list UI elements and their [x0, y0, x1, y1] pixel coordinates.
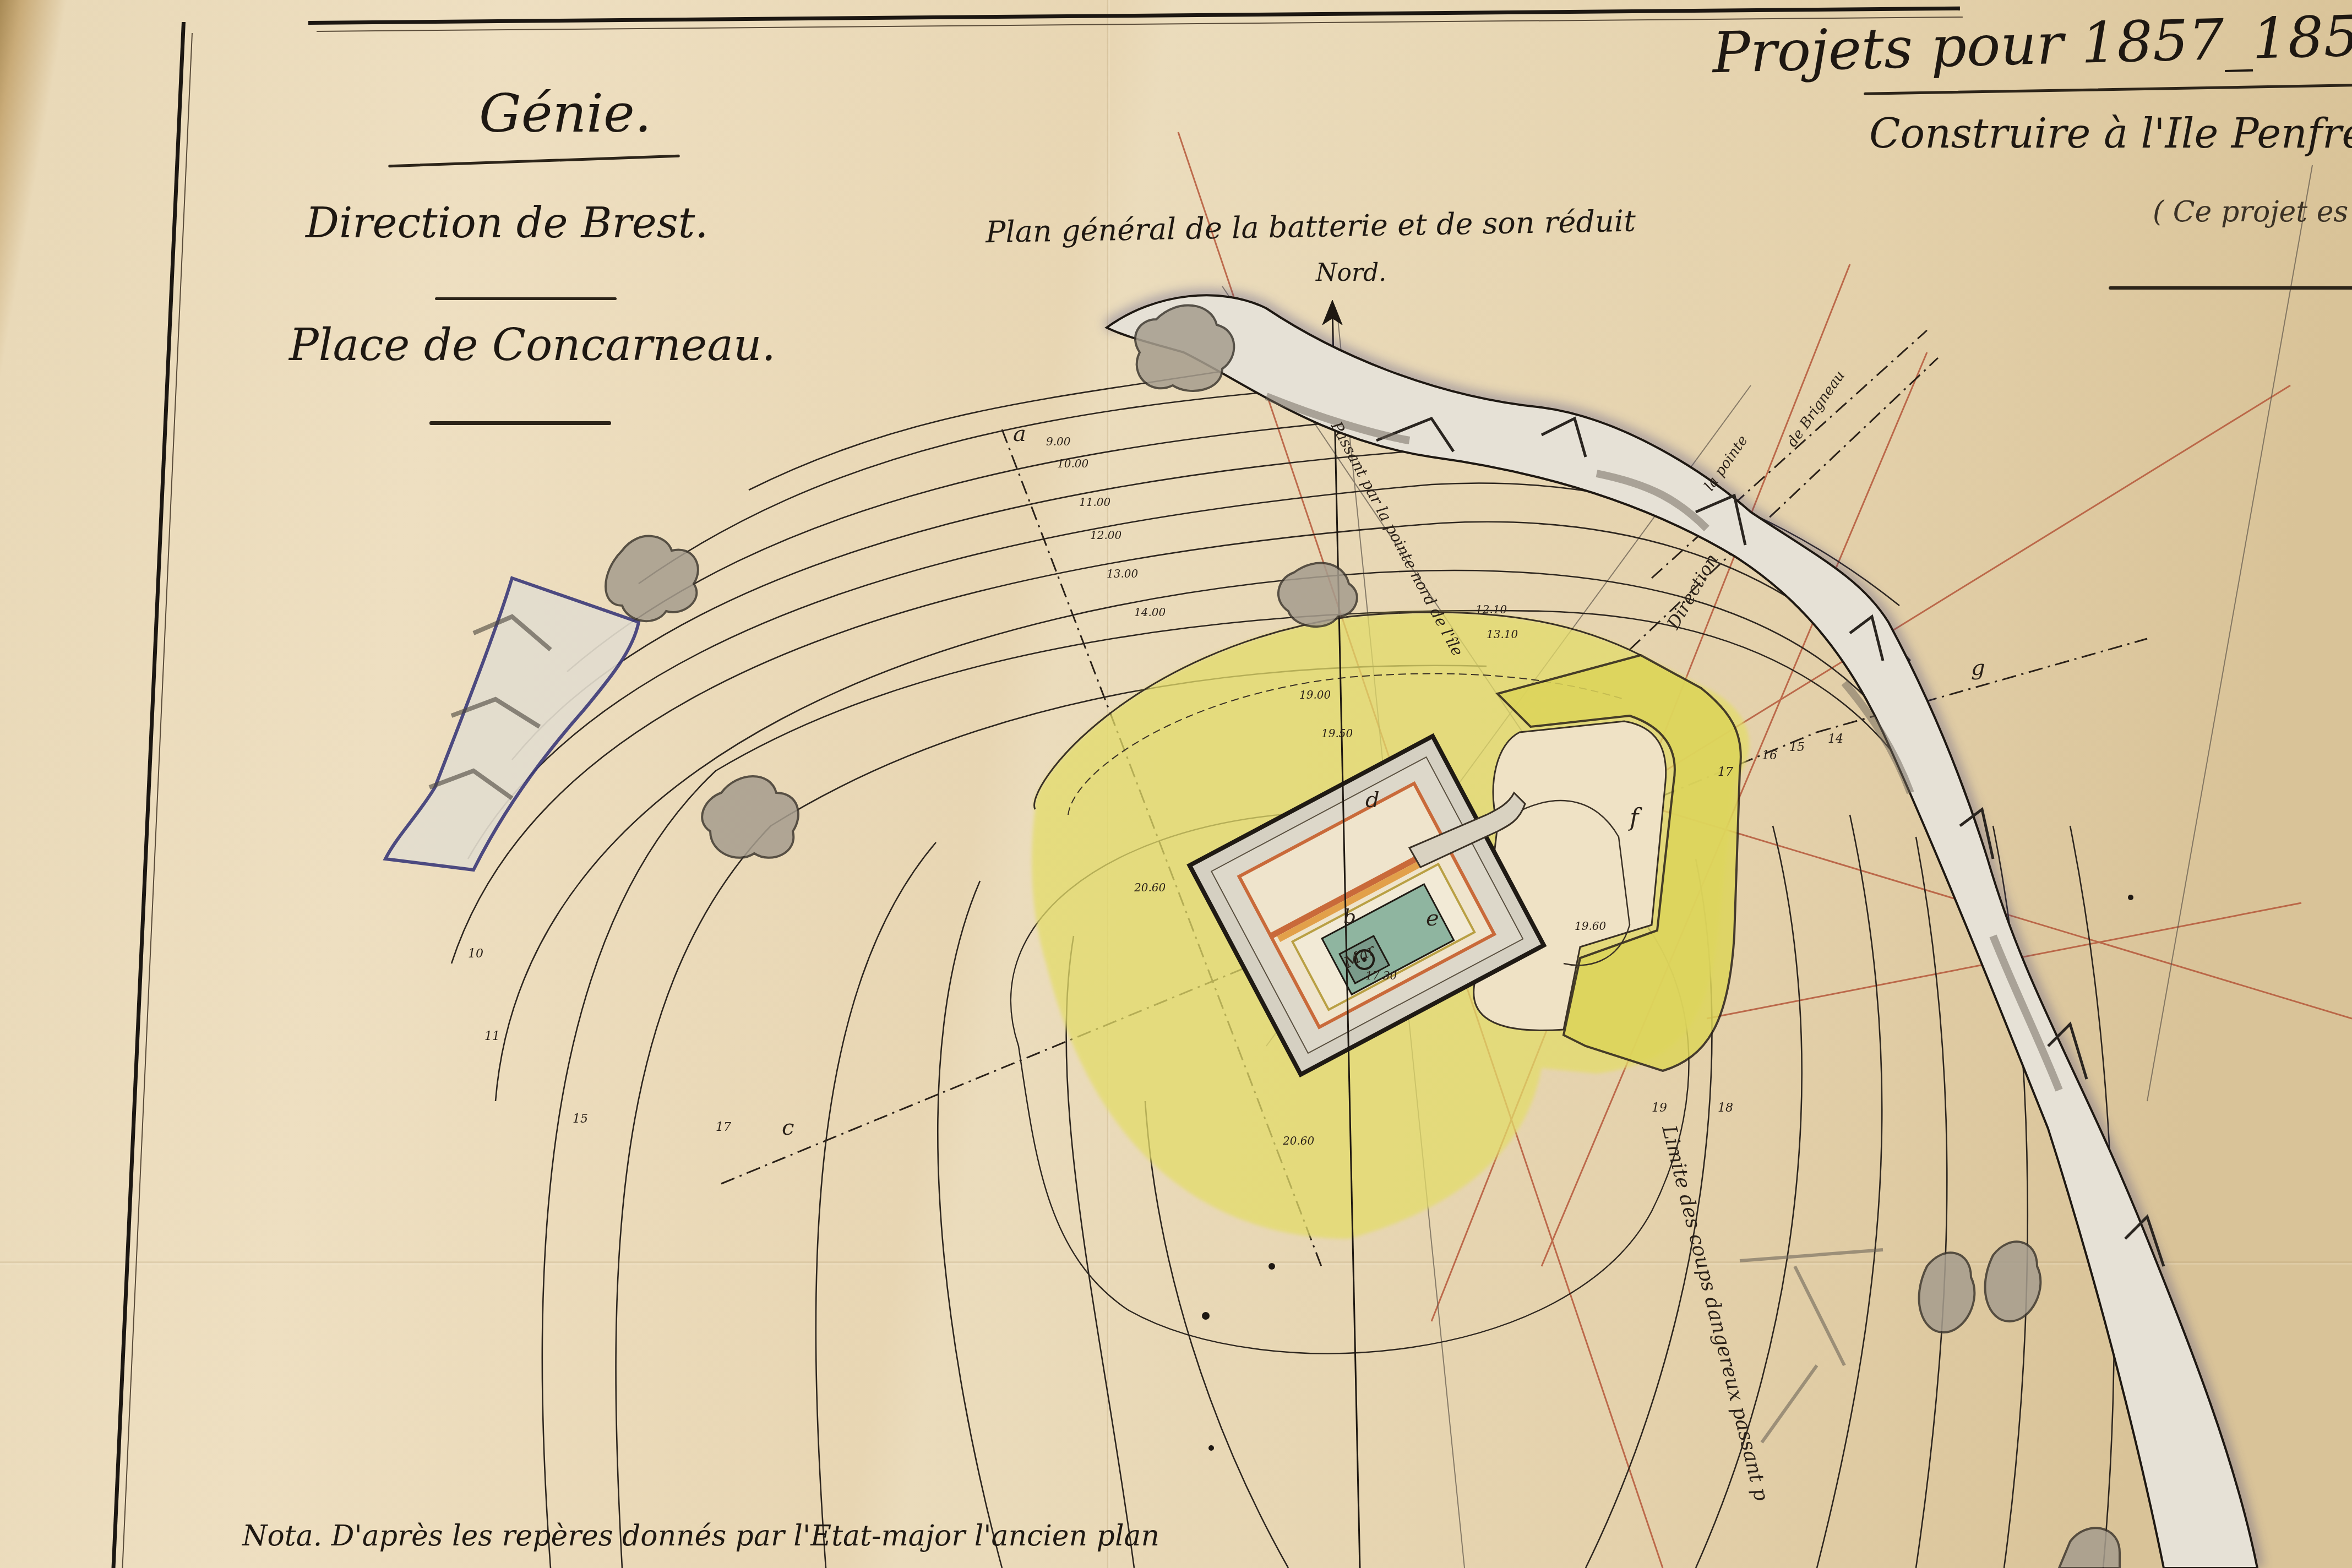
- elevation-label: 10: [468, 947, 483, 961]
- elevation-label: 15: [1789, 741, 1805, 754]
- elevation-label: 18: [1718, 1101, 1733, 1115]
- project-note: ( Ce projet es: [2153, 195, 2348, 228]
- elevation-label: 12.10: [1476, 603, 1507, 616]
- elevation-label: 17.30: [1365, 969, 1397, 982]
- elevation-label: 10.00: [1057, 457, 1088, 470]
- elevation-label: 11.00: [1079, 496, 1110, 509]
- elevation-label: 19: [1652, 1101, 1667, 1115]
- direction-title: Direction de Brest.: [306, 198, 708, 247]
- project-subtitle: Construire à l'Ile Penfret: [1869, 110, 2352, 157]
- nota-text: Nota. D'après les repères donnés par l'E…: [242, 1520, 1159, 1553]
- section-letter-g: g: [1971, 655, 1985, 680]
- divider-rule: [435, 297, 617, 300]
- elevation-label: 11: [484, 1030, 500, 1043]
- elevation-label: 17: [716, 1120, 731, 1134]
- elevation-label: 16: [1762, 749, 1777, 763]
- elevation-label: 20.60: [1134, 881, 1166, 894]
- section-letter-f: f: [1630, 804, 1638, 832]
- section-letter-a: a: [1013, 421, 1026, 447]
- pencil-sketch: [1740, 1250, 1883, 1442]
- elevation-label: 17: [1718, 765, 1733, 779]
- elevation-label: 14.00: [1134, 606, 1166, 619]
- elevation-label: 13.00: [1107, 567, 1138, 580]
- elevation-label: 14: [1828, 732, 1843, 746]
- elevation-label: 13.10: [1487, 628, 1518, 641]
- section-letter-d: d: [1365, 787, 1380, 813]
- divider-rule: [429, 421, 611, 425]
- elevation-label: 19.50: [1321, 727, 1353, 740]
- elevation-label: 20.60: [1283, 1134, 1314, 1147]
- divider-rule: [2109, 286, 2352, 290]
- elevation-label: 19.00: [1299, 688, 1331, 701]
- rock-outcrop-left: [385, 578, 639, 870]
- north-label: Nord.: [1316, 259, 1386, 287]
- section-letter-b: b: [1343, 906, 1356, 928]
- elevation-label: 19.60: [1575, 919, 1606, 933]
- section-letter-c: c: [782, 1115, 794, 1140]
- elevation-label: 15: [573, 1112, 588, 1126]
- elevation-label: 12.00: [1090, 529, 1121, 542]
- place-title: Place de Concarneau.: [289, 319, 776, 371]
- section-letter-e: e: [1426, 906, 1439, 931]
- elevation-label: 9.00: [1046, 435, 1071, 448]
- service-title: Génie.: [479, 83, 651, 144]
